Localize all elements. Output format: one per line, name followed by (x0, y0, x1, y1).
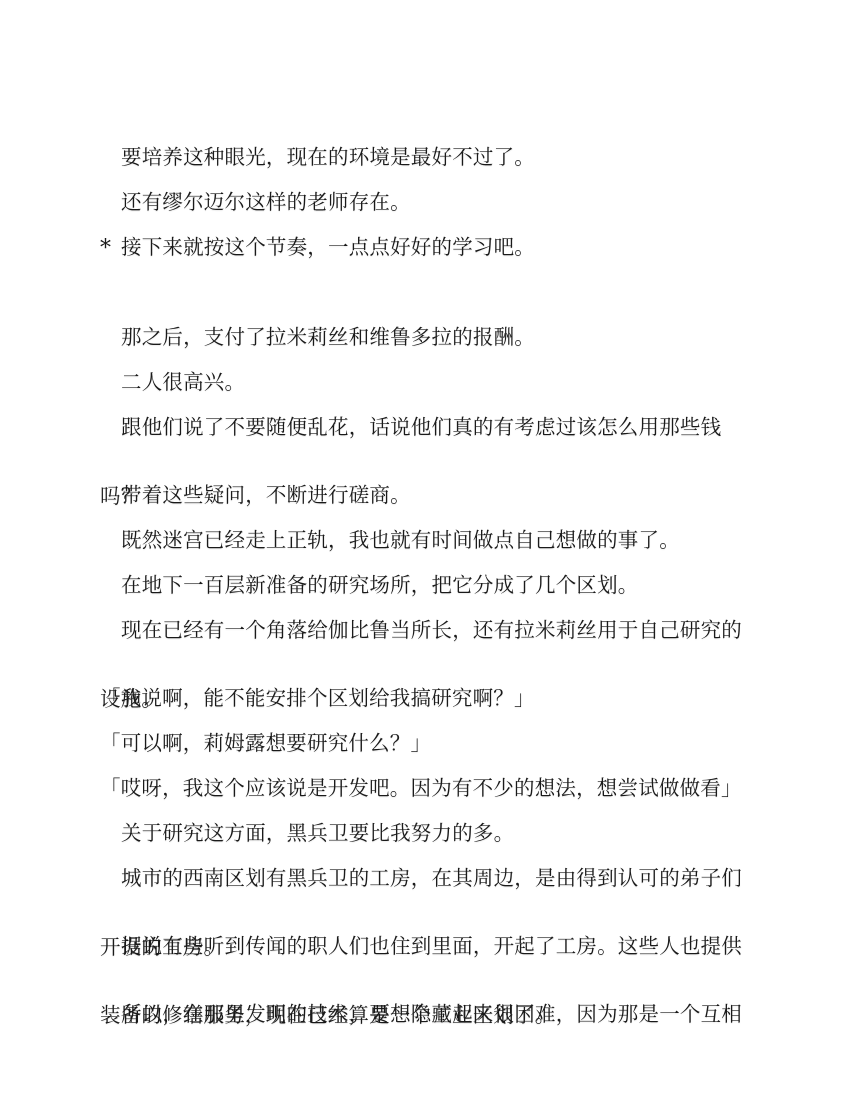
text-line: 接下来就按这个节奏，一点点好好的学习吧。 (100, 236, 746, 259)
paragraph: 所以，在那里发明的技术，要想隐藏起来很困难，因为那是一个互相 (100, 957, 746, 1072)
text-line: 据说有些听到传闻的职人们也住到里面，开起了工房。这些人也提供 (100, 935, 746, 958)
text-line: 城市的西南区划有黑兵卫的工房，在其周边，是由得到认可的弟子们 (100, 867, 746, 890)
scene-break-asterisk: * (100, 237, 111, 260)
text-line: 现在已经有一个角落给伽比鲁当所长，还有拉米莉丝用于自己研究的 (100, 619, 746, 642)
text-line: 跟他们说了不要随便乱花，话说他们真的有考虑过该怎么用那些钱 (100, 416, 746, 439)
document-page: 要培养这种眼光，现在的环境是最好不过了。 还有缪尔迈尔这样的老师存在。 接下来就… (0, 0, 850, 1100)
text-line: 所以，在那里发明的技术，要想隐藏起来很困难，因为那是一个互相 (100, 1003, 746, 1026)
